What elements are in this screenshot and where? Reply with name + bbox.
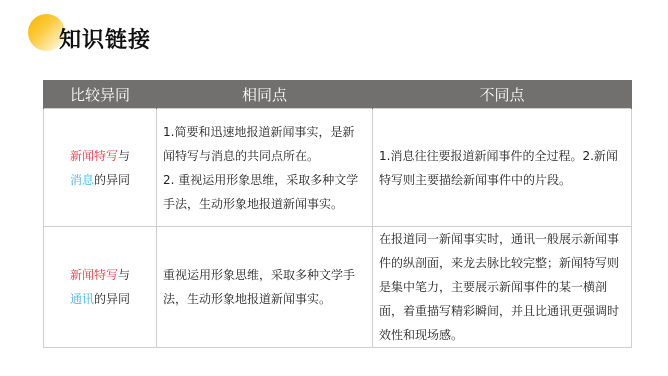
header-compare: 比较异同 <box>44 80 157 109</box>
row-label: 新闻特写与 通讯的异同 <box>44 227 157 348</box>
label-text: 的异同 <box>94 173 130 187</box>
label-text: 与 <box>118 268 130 282</box>
label-highlight-red: 新闻特写 <box>70 149 118 163</box>
label-text: 与 <box>118 149 130 163</box>
header-similarities: 相同点 <box>157 80 373 109</box>
similarity-item: 重视运用形象思维，采取多种文学手法，生动形象地报道新闻事实。 <box>163 263 366 311</box>
comparison-table: 比较异同 相同点 不同点 新闻特写与 消息的异同 1.简要和迅速地报道新闻事实，… <box>43 80 632 348</box>
label-highlight-blue: 通讯 <box>70 292 94 306</box>
label-highlight-red: 新闻特写 <box>70 268 118 282</box>
differences-cell: 1.消息往往要报道新闻事件的全过程。2.新闻特写则主要描绘新闻事件中的片段。 <box>373 109 632 227</box>
table-row: 新闻特写与 通讯的异同 重视运用形象思维，采取多种文学手法，生动形象地报道新闻事… <box>44 227 632 348</box>
page-title: 知识链接 <box>59 27 151 55</box>
table-row: 新闻特写与 消息的异同 1.简要和迅速地报道新闻事实，是新闻特写与消息的共同点所… <box>44 109 632 227</box>
similarity-item: 2. 重视运用形象思维，采取多种文学手法，生动形象地报道新闻事实。 <box>163 168 366 216</box>
table-header-row: 比较异同 相同点 不同点 <box>44 80 632 109</box>
similarities-cell: 重视运用形象思维，采取多种文学手法，生动形象地报道新闻事实。 <box>157 227 373 348</box>
slide: 知识链接 比较异同 相同点 不同点 新闻特写与 消息的异同 1.简要和迅速地报道… <box>0 0 668 376</box>
row-label: 新闻特写与 消息的异同 <box>44 109 157 227</box>
differences-cell: 在报道同一新闻事实时，通讯一般展示新闻事件的纵剖面，来龙去脉比较完整；新闻特写则… <box>373 227 632 348</box>
similarity-item: 1.简要和迅速地报道新闻事实，是新闻特写与消息的共同点所在。 <box>163 120 366 168</box>
label-highlight-blue: 消息 <box>70 173 94 187</box>
header-differences: 不同点 <box>373 80 632 109</box>
similarities-cell: 1.简要和迅速地报道新闻事实，是新闻特写与消息的共同点所在。 2. 重视运用形象… <box>157 109 373 227</box>
label-text: 的异同 <box>94 292 130 306</box>
